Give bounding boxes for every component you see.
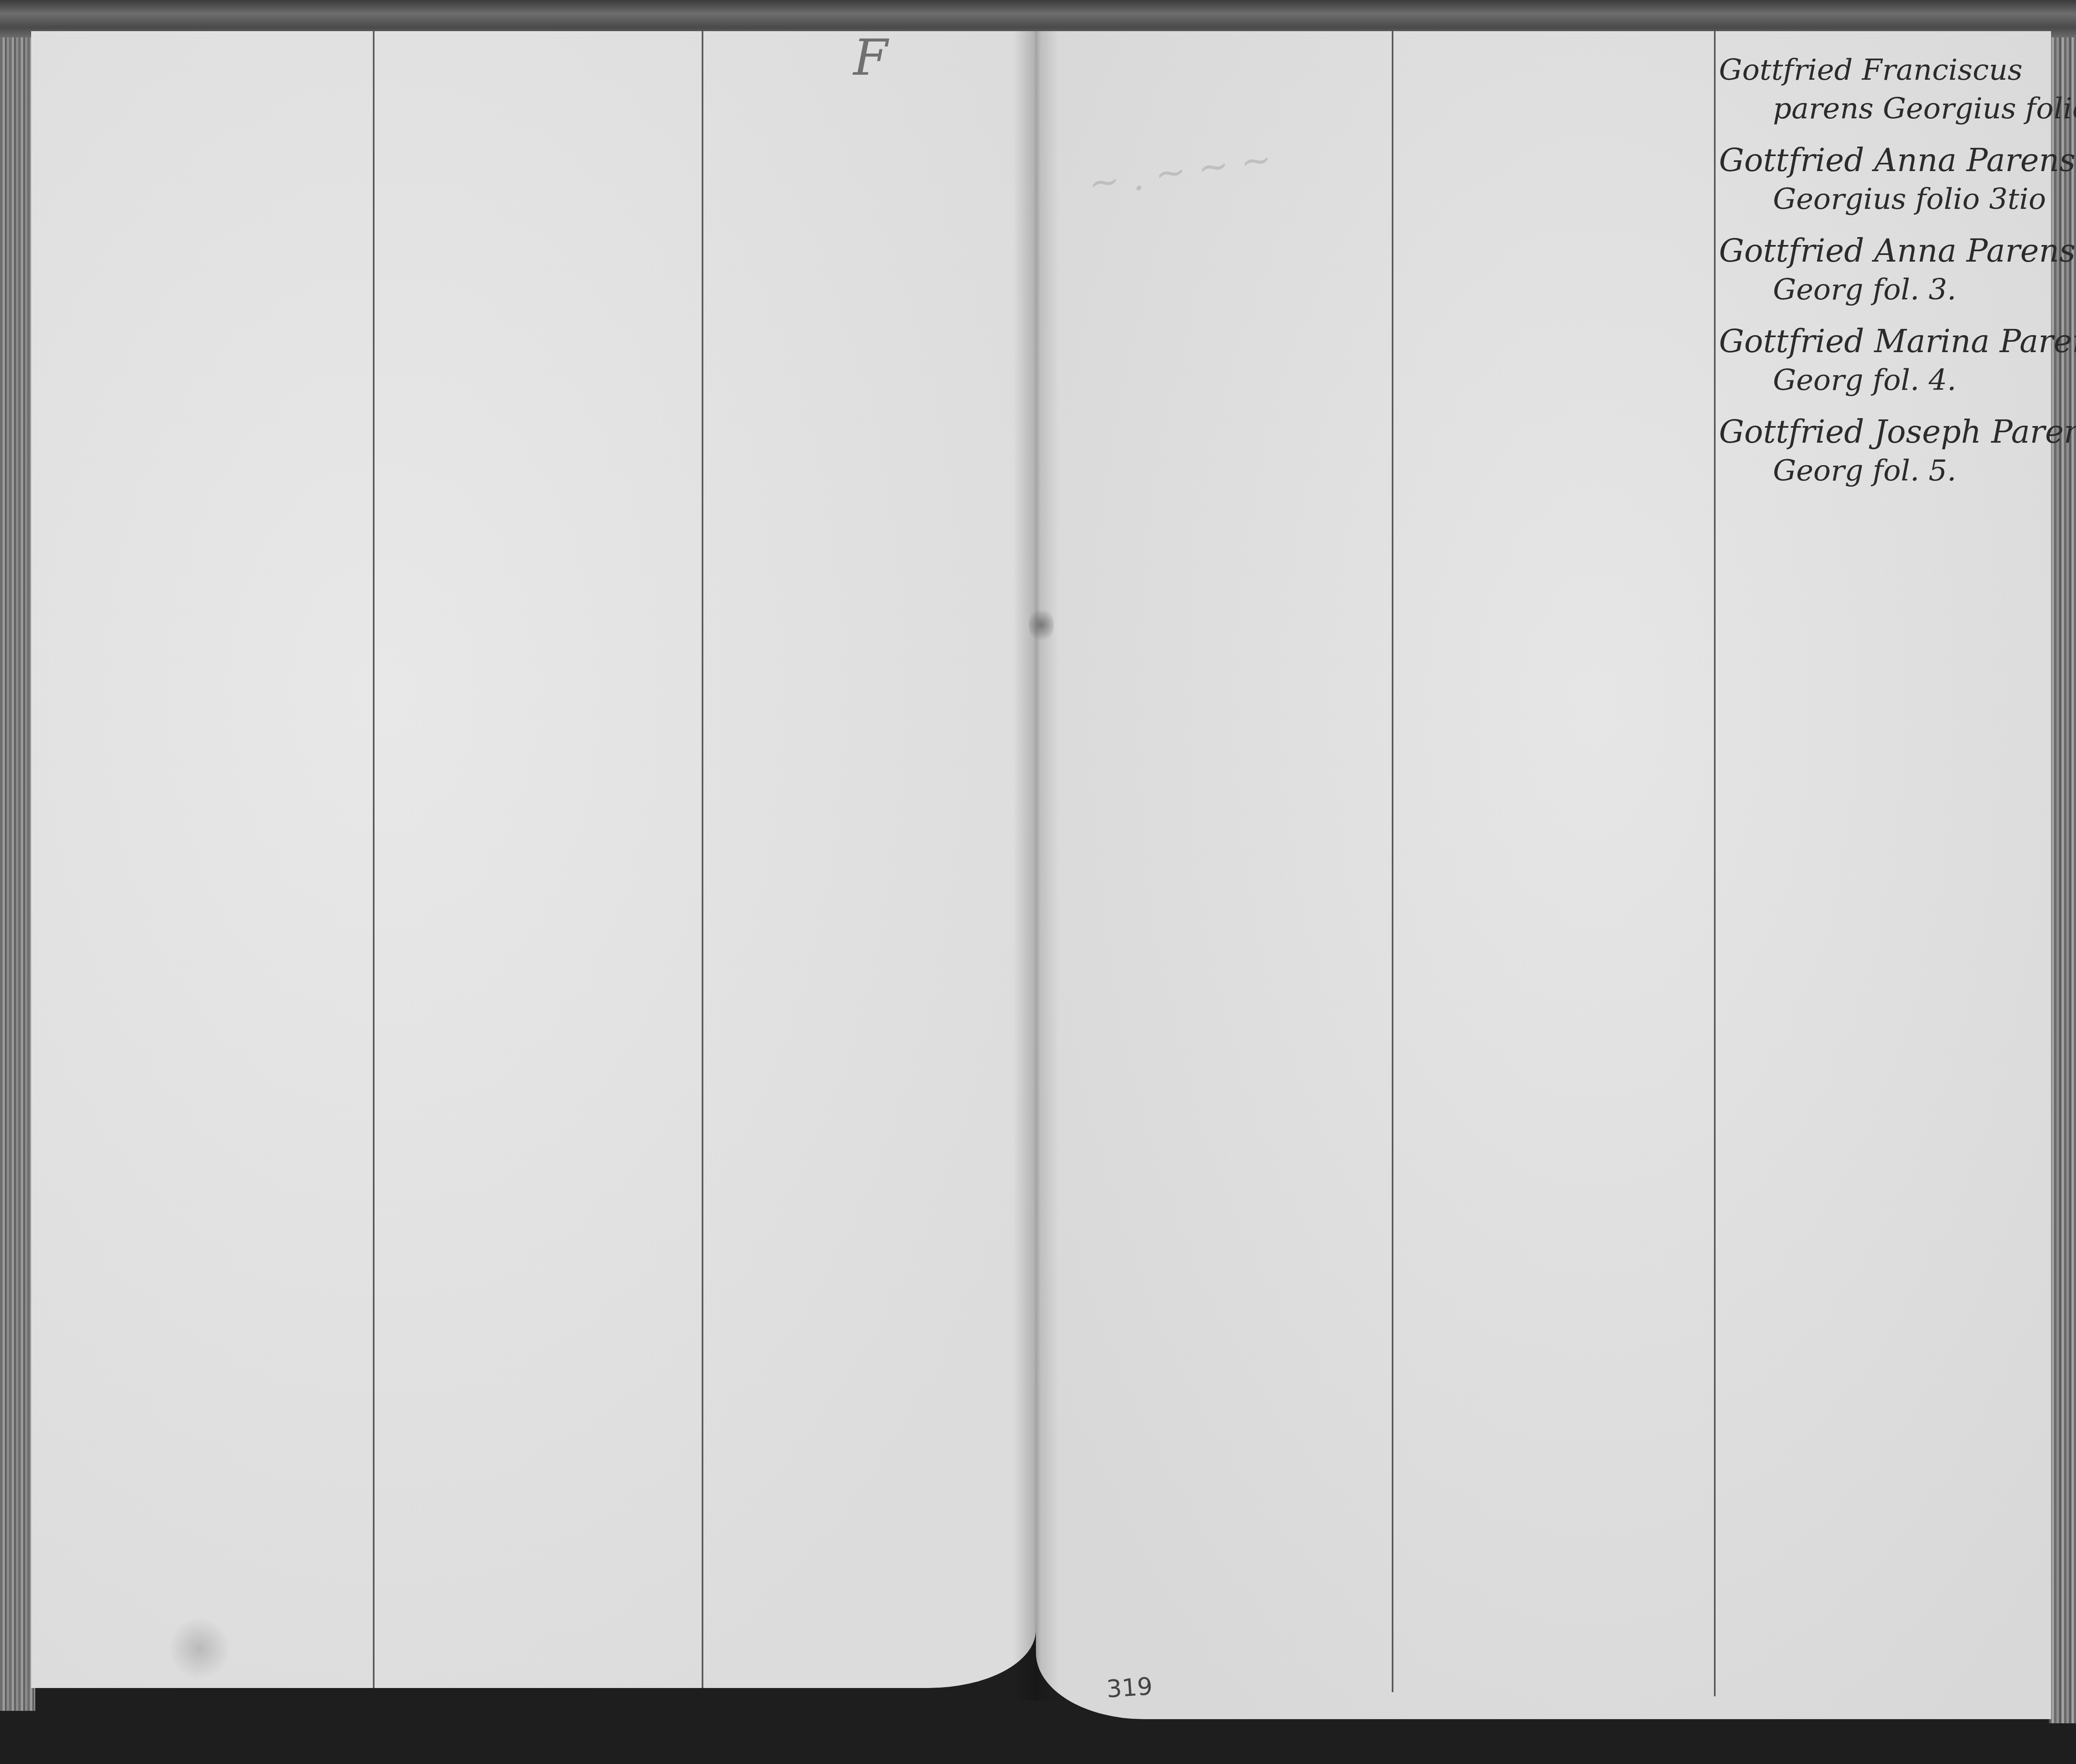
entry-name: Gottfried Joseph Parens (1719, 412, 2059, 452)
entry-reference: Georg fol. 3. (1719, 271, 2059, 308)
register-entry: Gottfried Joseph Parens Georg fol. 5. (1719, 412, 2059, 489)
folio-number: 319 (1106, 1672, 1153, 1703)
register-entry: Gottfried Marina Parens Georg fol. 4. (1719, 321, 2059, 399)
register-entry: Gottfried Anna Parens Georg fol. 3. (1719, 231, 2059, 308)
left-page-index-letter: F (853, 29, 888, 87)
register-entry: Gottfried Franciscus parens Georgius fol… (1719, 50, 2059, 127)
entry-reference: Georg fol. 5. (1719, 452, 2059, 489)
entry-name: Gottfried Anna Parens (1719, 231, 2059, 271)
left-page (31, 31, 1036, 1688)
entry-name: Gottfried Franciscus (1719, 50, 2059, 90)
column-rule (1392, 31, 1393, 1692)
entry-name: Gottfried Marina Parens (1719, 321, 2059, 361)
gutter-stain (1029, 606, 1054, 644)
column-rule (1714, 31, 1716, 1696)
register-entry: Gottfried Anna Parens Georgius folio 3ti… (1719, 140, 2059, 218)
entry-reference: parens Georgius folio 2do (1719, 90, 2059, 127)
entry-reference: Georgius folio 3tio (1719, 180, 2059, 218)
entry-reference: Georg fol. 4. (1719, 361, 2059, 399)
paper-stain (168, 1617, 230, 1680)
book-gutter (1013, 31, 1059, 1700)
register-entries: Gottfried Franciscus parens Georgius fol… (1719, 50, 2059, 502)
column-rule (373, 31, 375, 1688)
column-rule (702, 31, 703, 1688)
entry-name: Gottfried Anna Parens (1719, 140, 2059, 180)
left-page-edges (0, 37, 35, 1711)
